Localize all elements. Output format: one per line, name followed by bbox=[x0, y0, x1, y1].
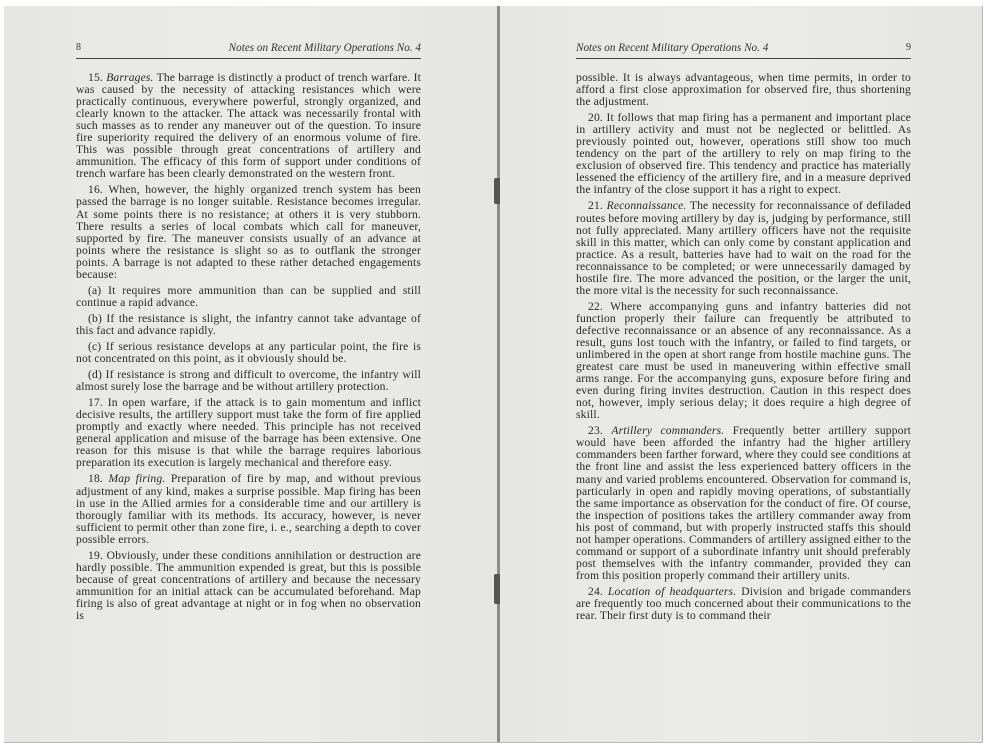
right-page: Notes on Recent Military Operations No. … bbox=[500, 6, 982, 742]
paragraph-23: 23. Artillery commanders. Frequently bet… bbox=[576, 425, 911, 582]
page-body: possible. It is always advantageous, whe… bbox=[576, 72, 911, 626]
section-heading: Location of headquarters. bbox=[608, 585, 736, 598]
running-head-title: Notes on Recent Military Operations No. … bbox=[576, 42, 768, 54]
running-head-right: Notes on Recent Military Operations No. … bbox=[576, 42, 911, 59]
page-number: 9 bbox=[906, 42, 911, 53]
paragraph-18: 18. Map firing. Preparation of fire by m… bbox=[76, 473, 421, 545]
paragraph-16a: (a) It requires more ammunition than can… bbox=[76, 285, 421, 309]
paragraph-20: 20. It follows that map firing has a per… bbox=[576, 112, 911, 196]
paragraph-21: 21. Reconnaissance. The necessity for re… bbox=[576, 200, 911, 296]
paragraph-16: 16. When, however, the highly organized … bbox=[76, 184, 421, 280]
paragraph-16c: (c) If serious resistance develops at an… bbox=[76, 341, 421, 365]
section-heading: Artillery commanders. bbox=[611, 424, 724, 437]
paragraph-22: 22. Where accompanying guns and infantry… bbox=[576, 301, 911, 421]
running-head-title: Notes on Recent Military Operations No. … bbox=[229, 42, 421, 54]
section-heading: Map firing. bbox=[108, 472, 165, 485]
paragraph-16d: (d) If resistance is strong and difficul… bbox=[76, 369, 421, 393]
paragraph-24: 24. Location of headquarters. Division a… bbox=[576, 586, 911, 622]
running-head-left: 8 Notes on Recent Military Operations No… bbox=[76, 42, 421, 59]
paragraph-17: 17. In open warfare, if the attack is to… bbox=[76, 397, 421, 469]
paragraph-19: 19. Obviously, under these conditions an… bbox=[76, 550, 421, 622]
section-heading: Reconnaissance. bbox=[607, 199, 687, 212]
book-spread: 8 Notes on Recent Military Operations No… bbox=[4, 6, 983, 743]
page-number: 8 bbox=[76, 42, 81, 53]
paragraph-16b: (b) If the resistance is slight, the inf… bbox=[76, 313, 421, 337]
left-page: 8 Notes on Recent Military Operations No… bbox=[4, 6, 497, 742]
page-body: 15. Barrages. The barrage is distinctly … bbox=[76, 72, 421, 626]
paragraph-19-continued: possible. It is always advantageous, whe… bbox=[576, 72, 911, 108]
section-heading: Barrages. bbox=[106, 71, 153, 84]
paragraph-15: 15. Barrages. The barrage is distinctly … bbox=[76, 72, 421, 180]
